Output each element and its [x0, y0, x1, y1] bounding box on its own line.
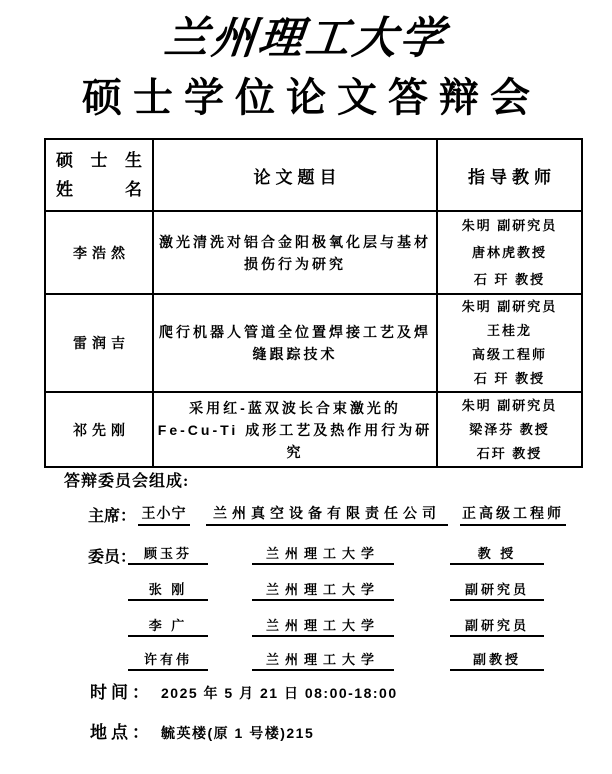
chair-name: 王小宁 [138, 503, 190, 526]
thesis-line: Fe-Cu-Ti 成形工艺及热作用行为研究 [154, 419, 436, 463]
member-name: 张 刚 [128, 579, 208, 601]
thesis-line: 爬行机器人管道全位置焊接工艺及焊 [154, 321, 436, 343]
table-row: 李浩然 激光清洗对铝合金阳极氧化层与基材 损伤行为研究 朱明 副研究员 唐林虎教… [45, 211, 582, 294]
thesis-line: 激光清洗对铝合金阳极氧化层与基材 [154, 231, 436, 253]
header-advisor: 指导教师 [437, 139, 582, 211]
chair-title: 正高级工程师 [460, 503, 566, 526]
student-name: 祁先刚 [45, 392, 153, 467]
advisor-line: 石玕 教授 [438, 442, 581, 466]
member-name: 顾玉芬 [128, 543, 208, 565]
header-student-name: 硕士生 姓名 [45, 139, 153, 211]
page-title: 硕士学位论文答辩会 [0, 66, 612, 123]
advisor-line: 朱明 副研究员 [438, 394, 581, 418]
university-logo: 兰州理工大学 [0, 2, 612, 66]
committee-chair-row: 主席： 王小宁 兰州真空设备有限责任公司 正高级工程师 [88, 503, 566, 526]
member-title: 教 授 [450, 543, 544, 565]
defense-notice-page: 兰州理工大学 硕士学位论文答辩会 硕士生 姓名 论文题目 指导教师 李浩然 激光… [0, 0, 612, 774]
thesis-title: 爬行机器人管道全位置焊接工艺及焊 缝跟踪技术 [153, 294, 437, 392]
member-organization: 兰州理工大学 [252, 579, 394, 601]
member-organization: 兰州理工大学 [252, 543, 394, 565]
chair-label: 主席： [88, 503, 136, 526]
thesis-line: 缝跟踪技术 [154, 343, 436, 365]
thesis-title: 采用红-蓝双波长合束激光的 Fe-Cu-Ti 成形工艺及热作用行为研究 [153, 392, 437, 467]
member-title: 副研究员 [450, 579, 544, 601]
thesis-line: 采用红-蓝双波长合束激光的 [154, 397, 436, 419]
advisor-line: 唐林虎教授 [438, 239, 581, 266]
advisor-line: 王桂龙 [438, 319, 581, 343]
table-row: 祁先刚 采用红-蓝双波长合束激光的 Fe-Cu-Ti 成形工艺及热作用行为研究 … [45, 392, 582, 467]
committee-member-row: 张 刚 兰州理工大学 副研究员 [128, 579, 544, 601]
advisors: 朱明 副研究员 唐林虎教授 石 玕 教授 [437, 211, 582, 294]
committee-heading: 答辩委员会组成: [64, 468, 189, 491]
defense-table: 硕士生 姓名 论文题目 指导教师 李浩然 激光清洗对铝合金阳极氧化层与基材 损伤… [44, 138, 583, 468]
place-row: 地点： 毓英楼(原 1 号楼)215 [90, 718, 314, 743]
advisors: 朱明 副研究员 梁泽芬 教授 石玕 教授 [437, 392, 582, 467]
thesis-title: 激光清洗对铝合金阳极氧化层与基材 损伤行为研究 [153, 211, 437, 294]
member-organization: 兰州理工大学 [252, 615, 394, 637]
header-student-line2: 姓名 [56, 175, 142, 204]
member-organization: 兰州理工大学 [252, 649, 394, 671]
place-value: 毓英楼(原 1 号楼)215 [161, 723, 314, 743]
advisor-line: 朱明 副研究员 [438, 212, 581, 239]
advisor-line: 高级工程师 [438, 343, 581, 367]
advisor-line: 朱明 副研究员 [438, 295, 581, 319]
table-row: 雷润吉 爬行机器人管道全位置焊接工艺及焊 缝跟踪技术 朱明 副研究员 王桂龙 高… [45, 294, 582, 392]
advisors: 朱明 副研究员 王桂龙 高级工程师 石 玕 教授 [437, 294, 582, 392]
committee-member-row: 顾玉芬 兰州理工大学 教 授 [128, 543, 544, 565]
member-title: 副教授 [450, 649, 544, 671]
member-title: 副研究员 [450, 615, 544, 637]
time-row: 时间： 2025 年 5 月 21 日 08:00-18:00 [90, 678, 398, 703]
table-header-row: 硕士生 姓名 论文题目 指导教师 [45, 139, 582, 211]
student-name: 李浩然 [45, 211, 153, 294]
member-name: 李 广 [128, 615, 208, 637]
committee-member-row: 许有伟 兰州理工大学 副教授 [128, 649, 544, 671]
advisor-line: 石 玕 教授 [438, 266, 581, 293]
member-name: 许有伟 [128, 649, 208, 671]
committee-member-row: 李 广 兰州理工大学 副研究员 [128, 615, 544, 637]
chair-organization: 兰州真空设备有限责任公司 [206, 503, 448, 526]
header-thesis-title: 论文题目 [153, 139, 437, 211]
thesis-line: 损伤行为研究 [154, 253, 436, 275]
student-name: 雷润吉 [45, 294, 153, 392]
place-label: 地点： [90, 718, 153, 743]
time-label: 时间： [90, 678, 153, 703]
header-student-line1: 硕士生 [56, 146, 142, 175]
advisor-line: 梁泽芬 教授 [438, 418, 581, 442]
advisor-line: 石 玕 教授 [438, 367, 581, 391]
time-value: 2025 年 5 月 21 日 08:00-18:00 [161, 683, 398, 703]
